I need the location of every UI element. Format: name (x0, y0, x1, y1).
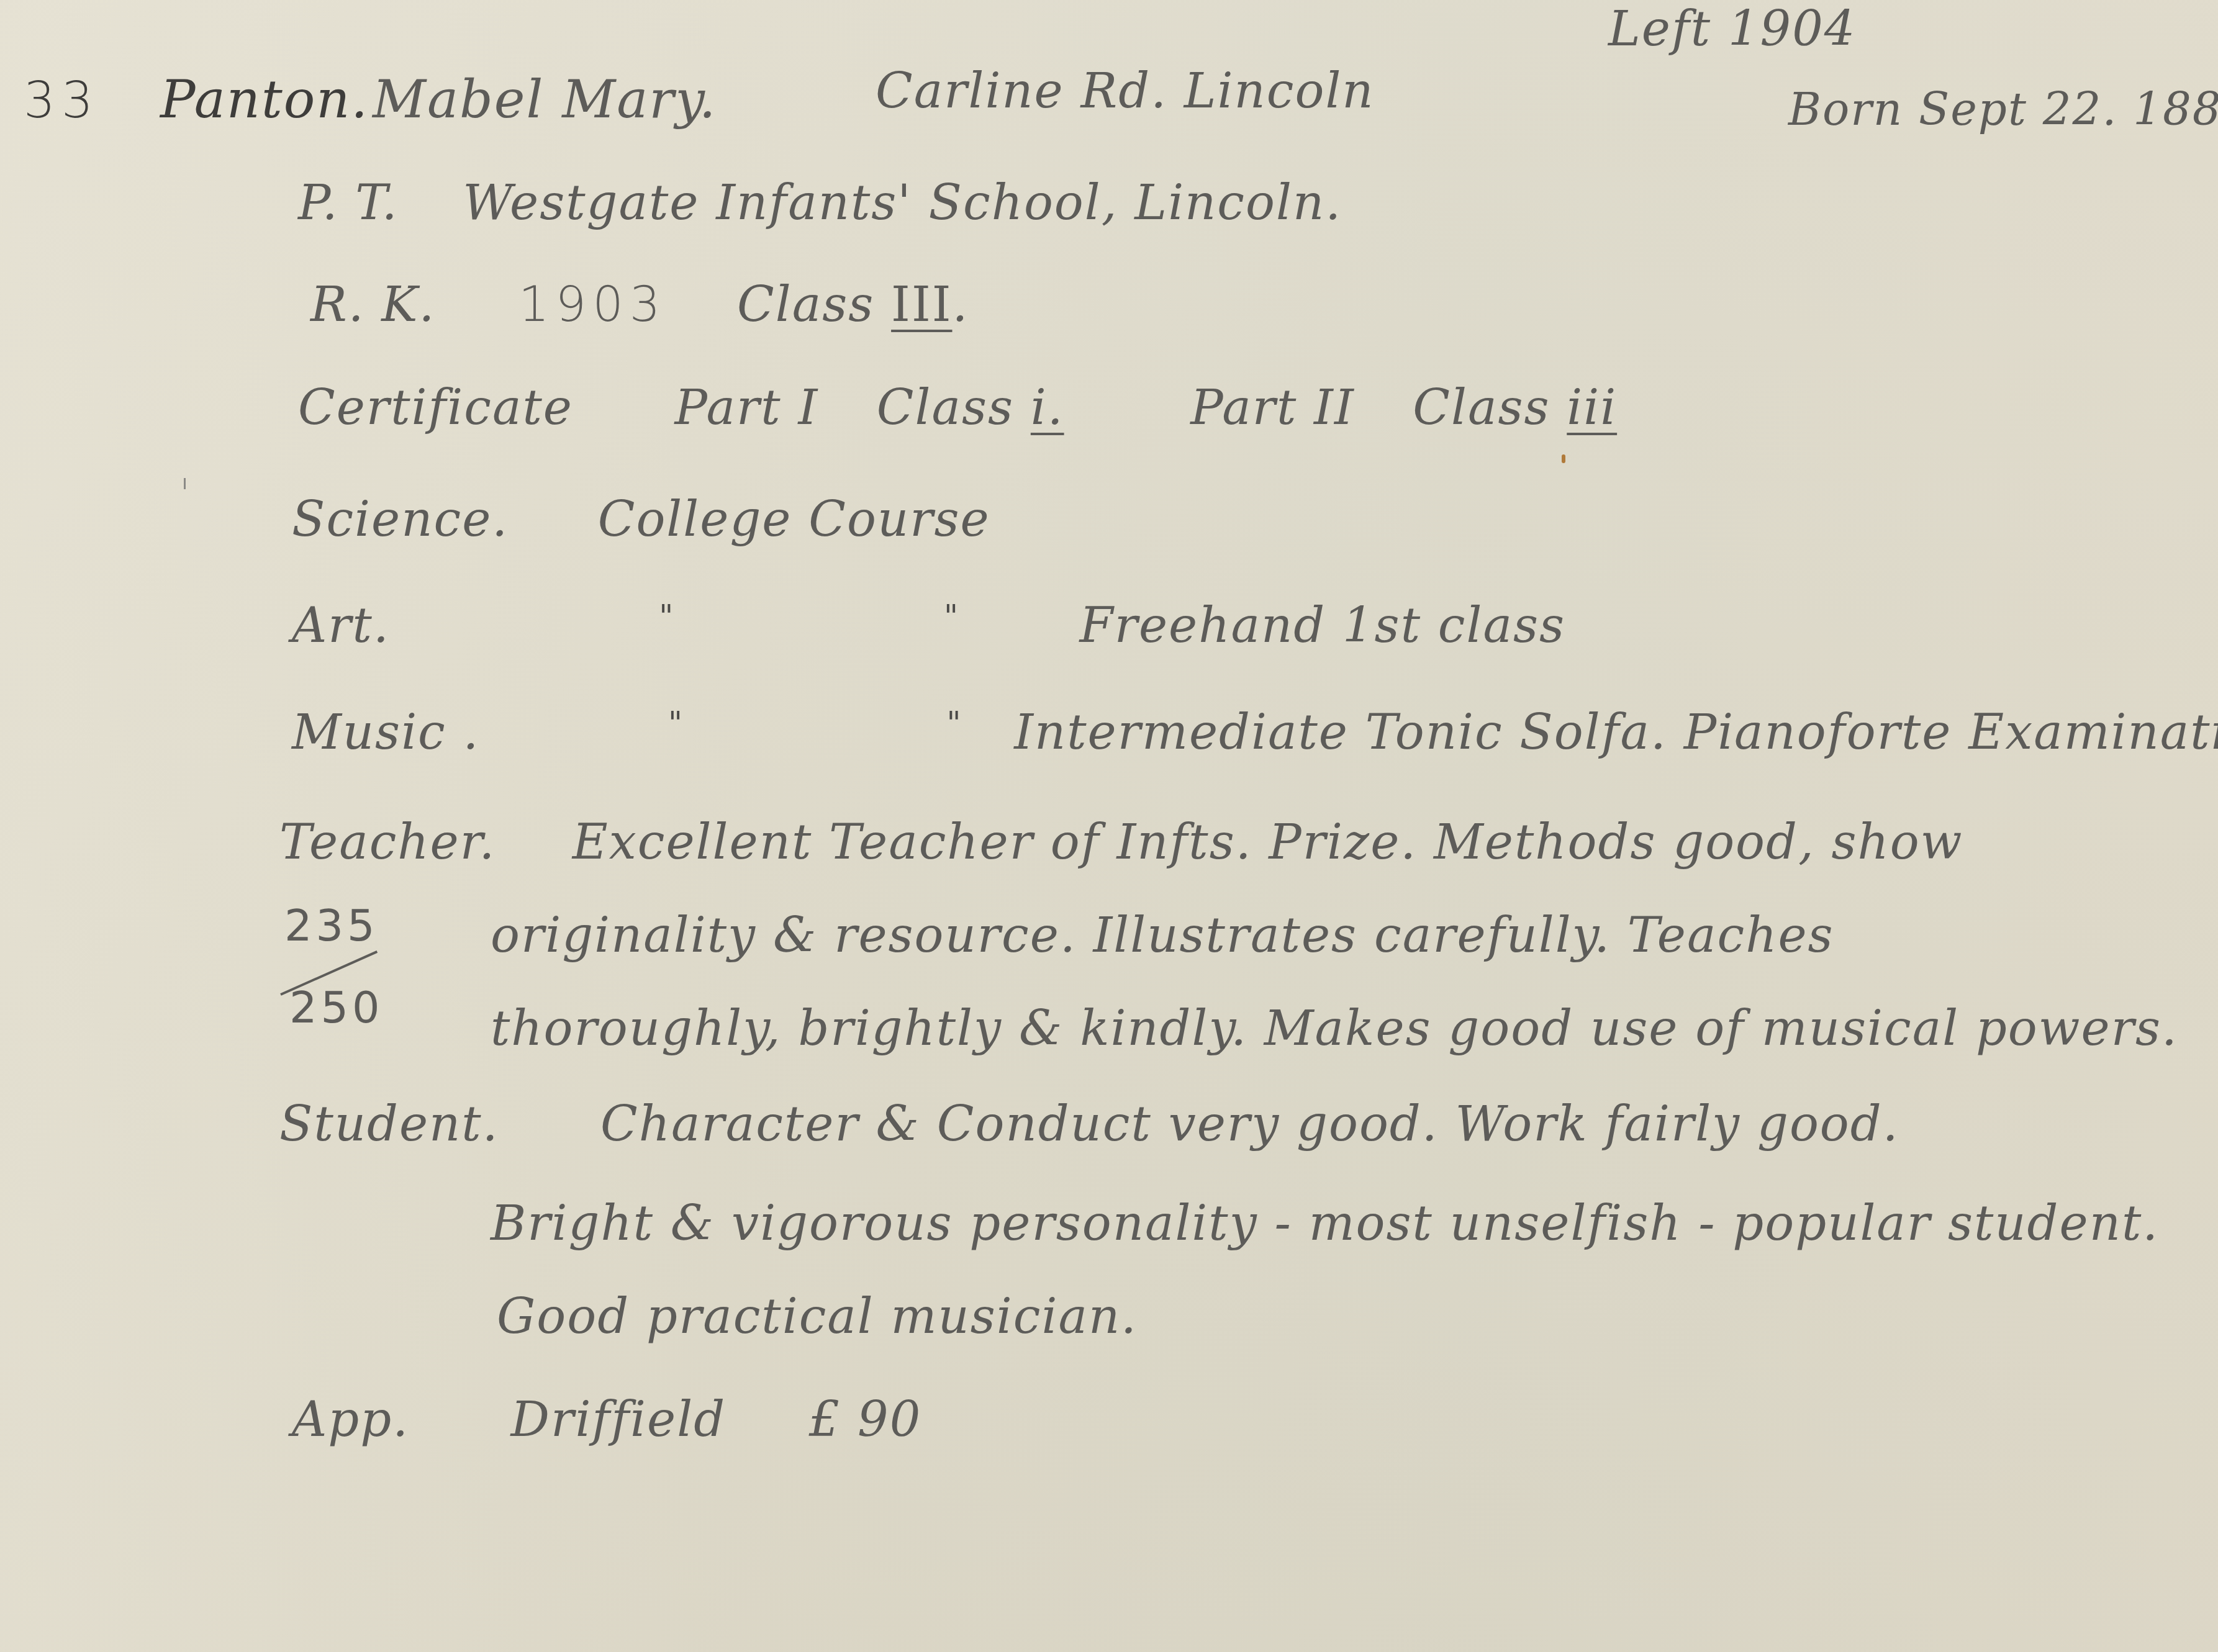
appointment-row: App. Driffield £ 90 (292, 1396, 921, 1444)
science-label: Science. (292, 492, 509, 548)
left-date-note: Left 1904 (1608, 5, 1856, 53)
rk-row: R. K. 1903 Class III. (310, 281, 969, 329)
entry-number: 33 (24, 76, 99, 125)
part2-class-label: Class (1413, 380, 1550, 436)
music-row: Music . " " Intermediate Tonic Solfa. Pi… (292, 708, 2218, 757)
teaching-mark-fraction: 235 250 (281, 900, 386, 1043)
part2-label: Part II (1190, 380, 1355, 436)
music-value: Intermediate Tonic Solfa. Pianoforte Exa… (1014, 705, 2218, 761)
address: Carline Rd. Lincoln (876, 67, 1375, 115)
mark-denominator: 250 (289, 982, 384, 1033)
music-ditto-1: " (668, 708, 684, 739)
mark-numerator: 235 (284, 900, 379, 951)
part2-class-value: iii (1567, 380, 1617, 436)
teacher-row: Teacher. Excellent Teacher of Infts. Pri… (279, 818, 1963, 867)
pt-label: P. T. (298, 175, 399, 231)
part1-label: Part I (675, 380, 819, 436)
pt-value: Westgate Infants' School, Lincoln. (463, 175, 1342, 231)
rk-label: R. K. (310, 277, 435, 333)
register-page: Left 1904 33 Panton. Mabel Mary. Carline… (0, 0, 2218, 1652)
appointment-salary: £ 90 (809, 1392, 922, 1448)
left-date-text: Left 1904 (1608, 1, 1856, 57)
pencil-mark (184, 478, 186, 489)
teacher-line-1: Excellent Teacher of Infts. Prize. Metho… (573, 815, 1963, 870)
teacher-label: Teacher. (279, 815, 496, 870)
student-line-1: Character & Conduct very good. Work fair… (600, 1096, 1899, 1152)
certificate-row: Certificate Part I Class i. Part II Clas… (298, 384, 1617, 432)
science-row: Science. College Course (292, 495, 990, 544)
part1-class-label: Class (877, 380, 1014, 436)
rk-trail: . (953, 277, 969, 333)
art-row: Art. " " Freehand 1st class (292, 601, 1565, 650)
teacher-line-3: thoroughly, brightly & kindly. Makes goo… (491, 1004, 2178, 1053)
part1-class-value: i. (1031, 380, 1064, 436)
certificate-label: Certificate (298, 380, 573, 436)
teacher-line-2: originality & resource. Illustrates care… (491, 911, 1834, 960)
ink-speck (1562, 454, 1565, 463)
pt-row: P. T. Westgate Infants' School, Lincoln. (298, 179, 1342, 227)
art-ditto-2: " (944, 601, 959, 632)
art-value: Freehand 1st class (1080, 598, 1565, 654)
student-line-2: Bright & vigorous personality - most uns… (491, 1199, 2159, 1248)
student-label: Student. (279, 1096, 499, 1152)
birth-date: Born Sept 22. 1882. (1788, 87, 2218, 132)
surname: Panton. (160, 73, 369, 125)
art-label: Art. (292, 598, 390, 654)
rk-class-value: III (891, 277, 952, 333)
art-ditto-1: " (659, 601, 674, 632)
music-ditto-2: " (947, 708, 962, 739)
rk-year: 1903 (518, 277, 667, 333)
science-value: College Course (598, 492, 990, 548)
appointment-label: App. (292, 1392, 409, 1448)
given-names: Mabel Mary. (373, 73, 717, 125)
student-row: Student. Character & Conduct very good. … (279, 1100, 1899, 1149)
music-label: Music . (292, 705, 479, 761)
rk-class-label: Class (737, 277, 874, 333)
student-line-3: Good practical musician. (497, 1293, 1138, 1341)
appointment-place: Driffield (511, 1392, 727, 1448)
